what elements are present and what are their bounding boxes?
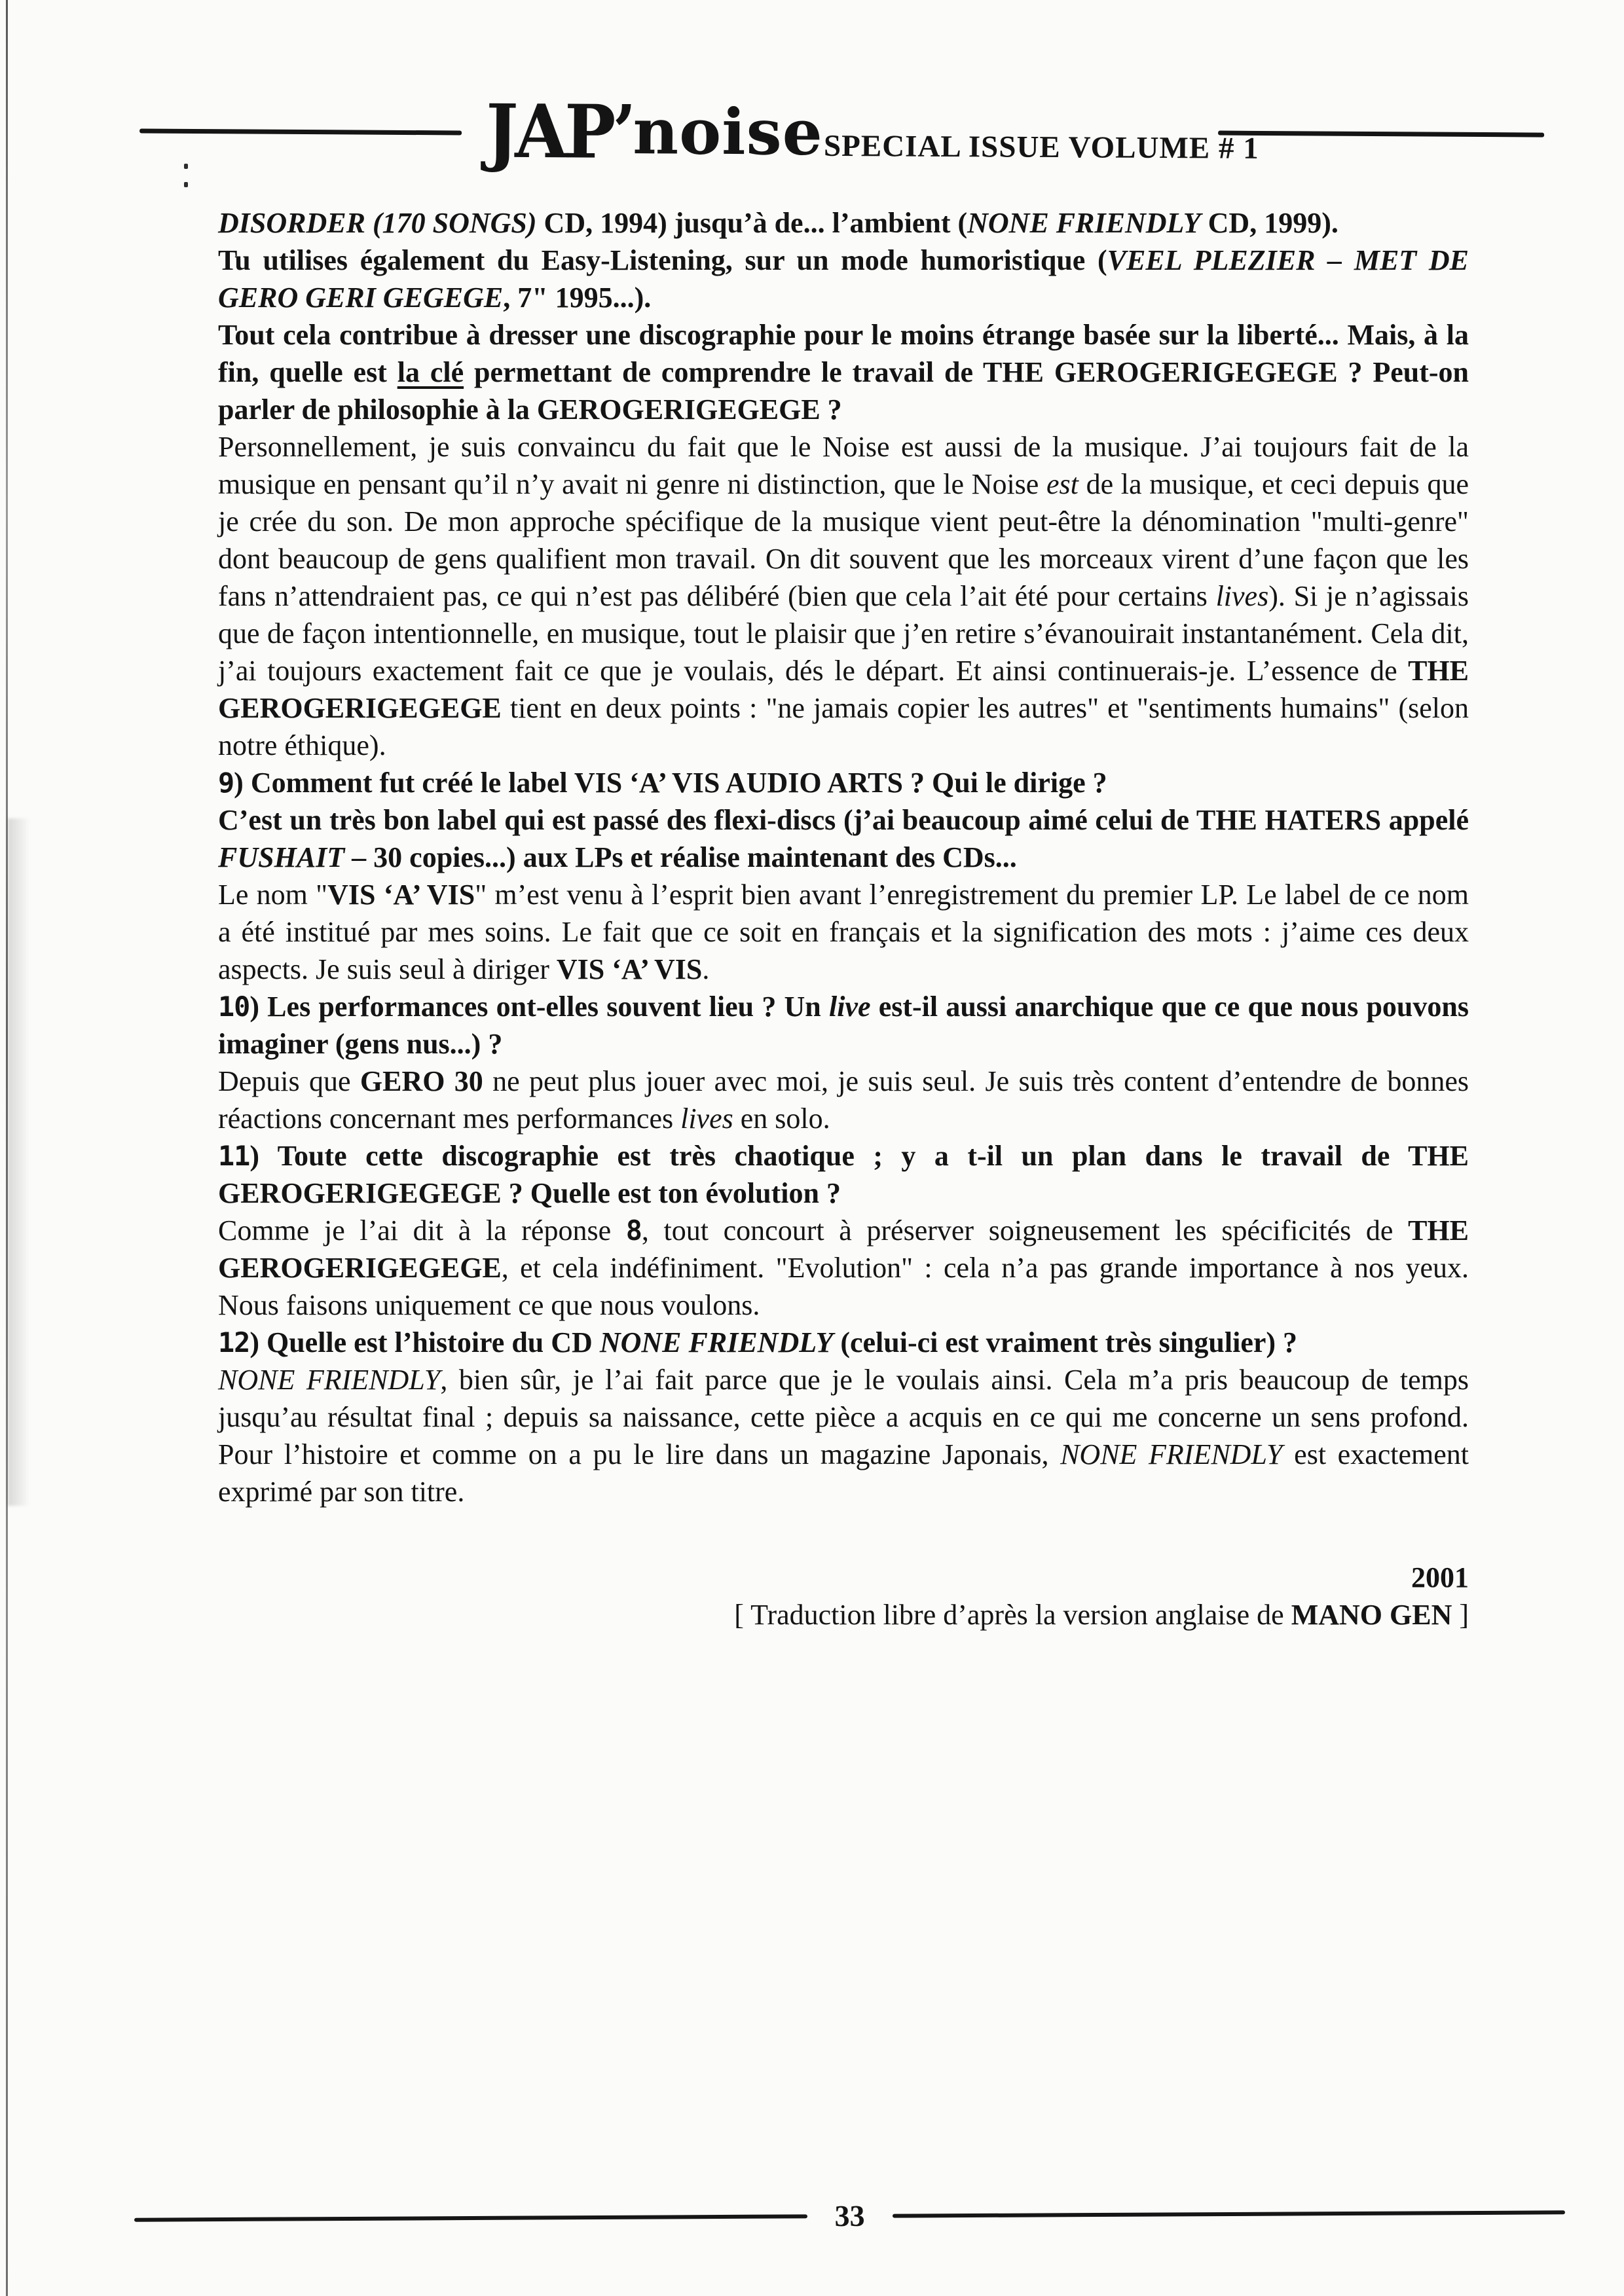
text-run: 10 [218, 991, 249, 1023]
text-run: (celui-ci est vraiment très singulier) ? [833, 1326, 1297, 1358]
header-rule-left [139, 128, 462, 135]
text-run: en solo. [733, 1102, 830, 1135]
translation-credit: [ Traduction libre d’après la version an… [218, 1596, 1469, 1633]
interview-text: DISORDER (170 SONGS) CD, 1994) jusqu’à d… [218, 204, 1469, 1633]
text-run: , tout concourt à préserver soigneusemen… [642, 1214, 1408, 1247]
text-run: ) Les performances ont-elles souvent lie… [249, 991, 829, 1023]
footer-rule-left [134, 2214, 807, 2221]
text-run: 8 [626, 1214, 642, 1247]
issue-title: SPECIAL ISSUE VOLUME # 1 [824, 128, 1259, 166]
text-run: [ Traduction libre d’après la version an… [734, 1599, 1291, 1631]
page-header: JAP’noise SPECIAL ISSUE VOLUME # 1 [0, 0, 1624, 201]
question-9-suite: C’est un très bon label qui est passé de… [218, 801, 1469, 876]
text-run: live [829, 991, 871, 1023]
text-run: Depuis que [218, 1065, 360, 1097]
question-12: 12) Quelle est l’histoire du CD NONE FRI… [218, 1324, 1469, 1361]
text-run: Tu utilises également du Easy-Listening,… [218, 244, 1107, 276]
question-10: 10) Les performances ont-elles souvent l… [218, 988, 1469, 1063]
text-run: lives [1216, 580, 1269, 612]
text-run: la clé [397, 356, 464, 388]
text-run: 12 [218, 1326, 249, 1358]
text-run: Le nom " [218, 879, 327, 911]
question-11: 11) Toute cette discographie est très ch… [218, 1137, 1469, 1212]
text-run: Comme je l’ai dit à la réponse [218, 1214, 626, 1247]
scanned-zine-page: JAP’noise SPECIAL ISSUE VOLUME # 1 DISOR… [0, 0, 1624, 2296]
answer-9: Le nom "VIS ‘A’ VIS" m’est venu à l’espr… [218, 876, 1469, 988]
text-run: CD, 1999). [1201, 207, 1338, 239]
text-run: GERO 30 [360, 1065, 483, 1097]
text-run: 11 [218, 1140, 249, 1172]
zine-logo-noise: noise [633, 100, 823, 164]
text-run: – 30 copies...) aux LPs et réalise maint… [344, 841, 1017, 873]
zine-logo: JAP’noise [486, 98, 823, 168]
text-run: . [702, 953, 709, 985]
header-rule-right [1218, 131, 1544, 137]
text-run: , 7" 1995...). [503, 282, 651, 314]
footer-rule-right [892, 2210, 1565, 2217]
para-easy-listening: Tu utilises également du Easy-Listening,… [218, 242, 1469, 316]
text-run: est [1046, 468, 1079, 500]
text-run: ] [1452, 1599, 1469, 1631]
page-number: 33 [834, 2201, 864, 2231]
answer-10: Depuis que GERO 30 ne peut plus jouer av… [218, 1063, 1469, 1137]
text-run: NONE FRIENDLY [218, 1364, 440, 1396]
text-run: VIS ‘A’ VIS [327, 879, 475, 911]
text-run: 2001 [1411, 1561, 1469, 1594]
answer-12: NONE FRIENDLY, bien sûr, je l’ai fait pa… [218, 1361, 1469, 1510]
text-run: ) Toute cette discographie est très chao… [218, 1140, 1469, 1209]
text-run: 9 [218, 767, 234, 799]
para-question-cle: Tout cela contribue à dresser une discog… [218, 316, 1469, 428]
question-9: 9) Comment fut créé le label VIS ‘A’ VIS… [218, 764, 1469, 801]
text-run: NONE FRIENDLY [967, 207, 1201, 239]
text-run: DISORDER (170 SONGS) [218, 207, 537, 239]
para-discography-end: DISORDER (170 SONGS) CD, 1994) jusqu’à d… [218, 204, 1469, 242]
zine-logo-jap: JAP’ [486, 95, 633, 170]
text-run: lives [680, 1102, 733, 1135]
signature-year: 2001 [218, 1559, 1469, 1596]
answer-11: Comme je l’ai dit à la réponse 8, tout c… [218, 1212, 1469, 1324]
text-run: NONE FRIENDLY [1060, 1438, 1282, 1470]
text-run: ) Comment fut créé le label VIS ‘A’ VIS … [234, 767, 1107, 799]
text-run: CD, 1994) jusqu’à de... l’ambient ( [537, 207, 968, 239]
text-run: ) Quelle est l’histoire du CD [249, 1326, 600, 1358]
text-run: NONE FRIENDLY [600, 1326, 834, 1358]
text-run: MANO GEN [1291, 1599, 1452, 1631]
answer-philosophie: Personnellement, je suis convaincu du fa… [218, 428, 1469, 764]
text-run: C’est un très bon label qui est passé de… [218, 804, 1469, 836]
page-footer: 33 [134, 2197, 1565, 2234]
text-run: VIS ‘A’ VIS [557, 953, 703, 985]
scan-smudge-artifact [8, 818, 30, 1506]
text-run: FUSHAIT [218, 841, 344, 873]
